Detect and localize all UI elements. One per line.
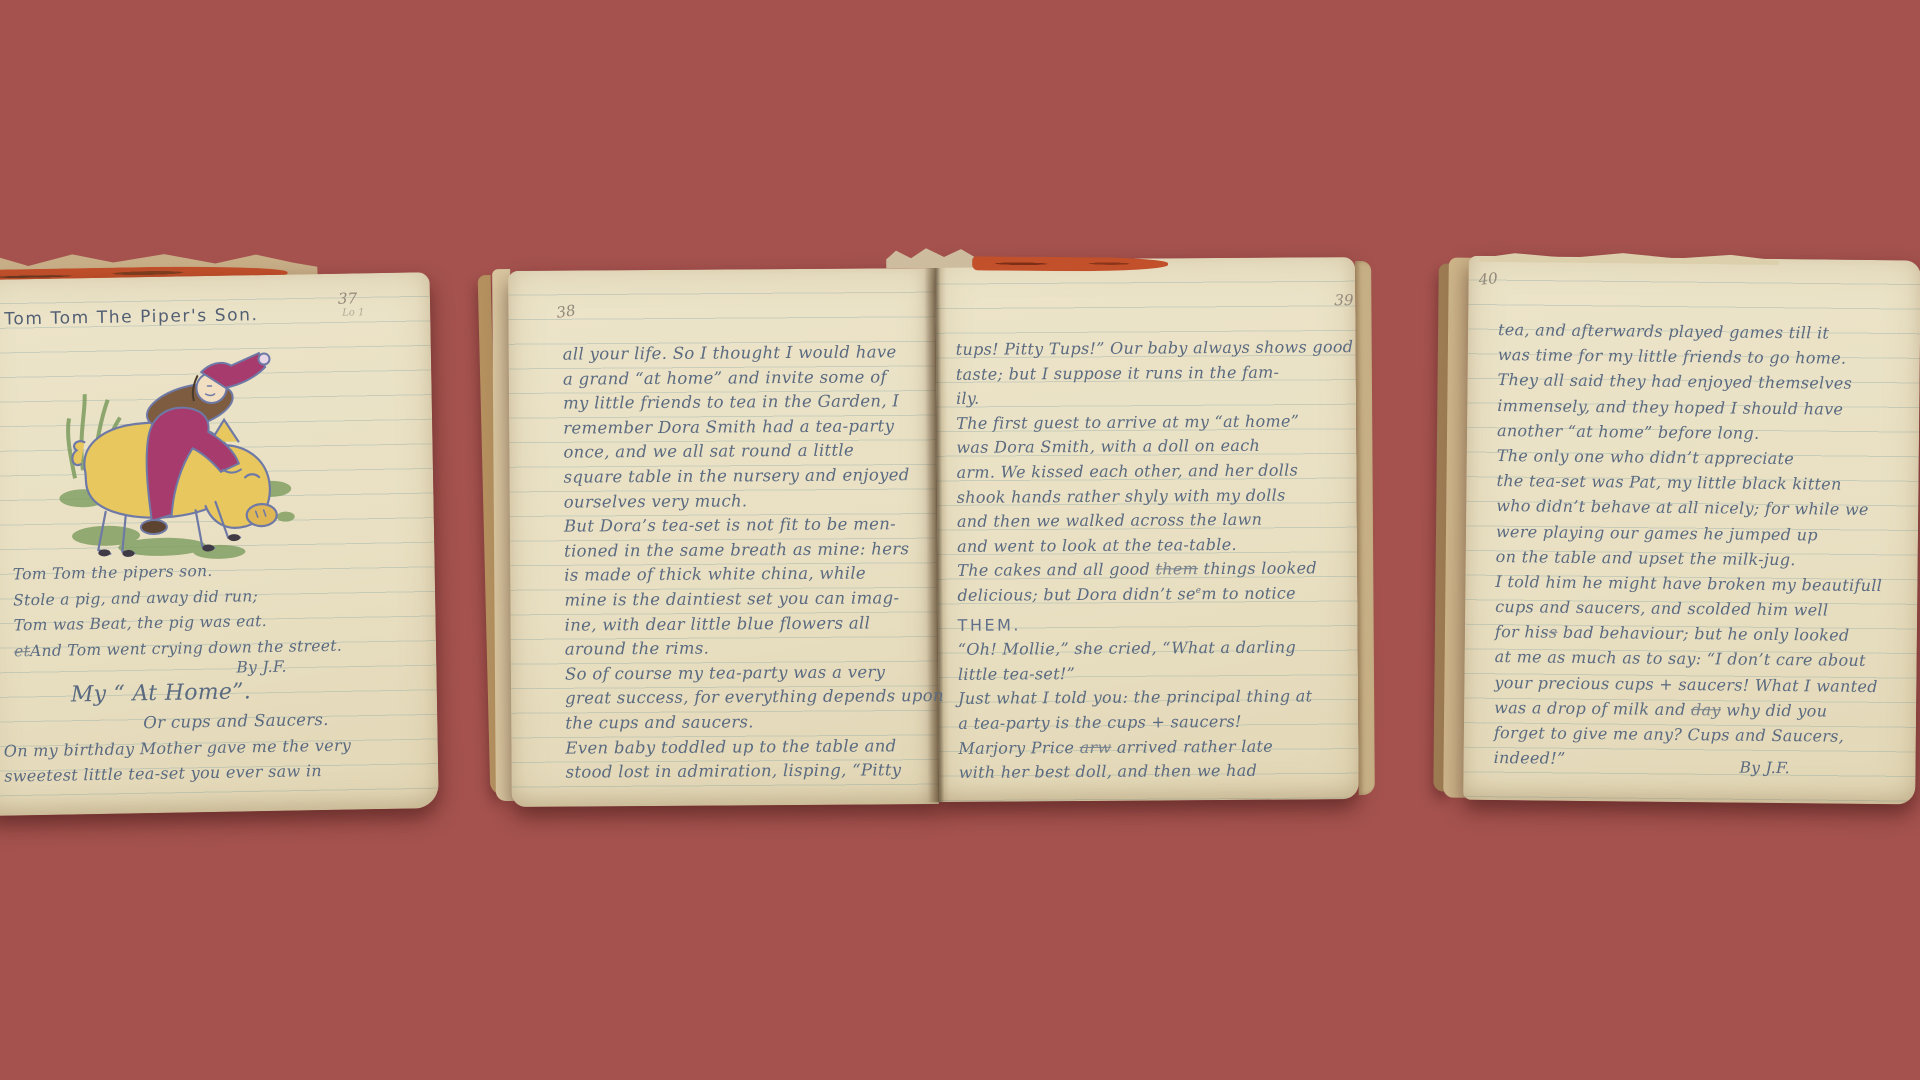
handwritten-line: square table in the nursery and enjoyed <box>564 465 943 492</box>
handwritten-line: Even baby toddled up to the table and <box>565 735 944 762</box>
story-subheading: Or cups and Saucers. <box>143 710 329 732</box>
handwritten-line: arm. We kissed each other, and her dolls <box>956 460 1354 487</box>
page-39-torn-remnant-orange <box>972 256 1168 271</box>
tom-riding-pig-illustration <box>51 348 301 566</box>
handwritten-line: is made of thick white china, while <box>564 563 943 590</box>
handwritten-line: shook hands rather shyly with my dolls <box>957 485 1355 512</box>
handwritten-line: mine is the daintiest set you can imag- <box>564 588 943 615</box>
handwritten-line: stood lost in admiration, lisping, “Pitt… <box>566 760 945 787</box>
page-37-pencil-note: Lo 1 <box>342 307 364 318</box>
gutter-top-remnant-tan <box>886 246 986 269</box>
page-37-number: 37 <box>338 289 357 307</box>
handwritten-line: The cakes and all good them things looke… <box>957 558 1355 585</box>
handwritten-line: Marjory Price arw arrived rather late <box>958 736 1356 763</box>
notebook-page-40: 40 tea, and afterwards played games till… <box>1433 249 1920 814</box>
handwritten-line: THEM. <box>958 608 1356 640</box>
handwritten-line: all your life. So I thought I would have <box>563 342 942 369</box>
handwritten-line: the cups and saucers. <box>565 711 944 738</box>
handwritten-line: tups! Pitty Tups!” Our baby always shows… <box>956 337 1354 364</box>
handwritten-line: remember Dora Smith had a tea-party <box>563 416 942 443</box>
handwritten-line: little tea-set!” <box>958 662 1356 689</box>
handwritten-line: with her best doll, and then we had <box>959 760 1357 787</box>
page-40-text: tea, and afterwards played games till it… <box>1493 320 1884 777</box>
handwritten-line: delicious; but Dora didn’t seem to notic… <box>957 583 1355 610</box>
handwritten-line: indeed!” <box>1493 748 1880 777</box>
page-37-body: On my birthday Mother gave me the verysw… <box>4 736 352 793</box>
handwritten-line: my little friends to tea in the Garden, … <box>563 391 942 418</box>
handwritten-line: great success, for everything depends up… <box>565 686 944 713</box>
notebook-scan-canvas: Tom Tom The Piper's Son. 37 Lo 1 <box>0 0 1920 1080</box>
handwritten-line: “Oh! Mollie,” she cried, “What a darling <box>958 637 1356 664</box>
handwritten-line: taste; but I suppose it runs in the fam- <box>956 362 1354 389</box>
handwritten-line: ine, with dear little blue flowers all <box>565 612 944 639</box>
handwritten-line: So of course my tea-party was a very <box>565 662 944 689</box>
handwritten-line: a tea-party is the cups + saucers! <box>958 711 1356 738</box>
notebook-page-37: Tom Tom The Piper's Son. 37 Lo 1 <box>0 246 443 816</box>
page-38-number: 38 <box>555 301 577 322</box>
story-heading: My “ At Home”. <box>71 679 252 707</box>
page-40-byline: By J.F. <box>1739 759 1790 778</box>
page-39-right-fold <box>1355 261 1375 795</box>
handwritten-line: was Dora Smith, with a doll on each <box>956 435 1354 462</box>
handwritten-line: ily. <box>956 386 1354 413</box>
handwritten-line: Just what I told you: the principal thin… <box>958 686 1356 713</box>
handwritten-line: But Dora’s tea-set is not fit to be men- <box>564 514 943 541</box>
handwritten-line: around the rims. <box>565 637 944 664</box>
page-37-byline: By J.F. <box>236 658 287 677</box>
handwritten-line: once, and we all sat round a little <box>563 440 942 467</box>
poem-block: Tom Tom the pipers son.Stole a pig, and … <box>13 560 343 668</box>
handwritten-line: tioned in the same breath as mine: hers <box>564 539 943 566</box>
page-40-number: 40 <box>1478 269 1499 289</box>
page-38-text: all your life. So I thought I would have… <box>563 342 945 787</box>
handwritten-line: ourselves very much. <box>564 490 943 517</box>
page-39-number: 39 <box>1334 291 1353 309</box>
handwritten-line: The first guest to arrive at my “at home… <box>956 411 1354 438</box>
handwritten-line: and went to look at the tea-table. <box>957 534 1355 561</box>
handwritten-line: and then we walked across the lawn <box>957 509 1355 536</box>
notebook-spread-38-39: 38 all your life. So I thought I would h… <box>478 251 1398 819</box>
handwritten-line: a grand “at home” and invite some of <box>563 367 942 394</box>
page-39-text: tups! Pitty Tups!” Our baby always shows… <box>956 337 1357 787</box>
